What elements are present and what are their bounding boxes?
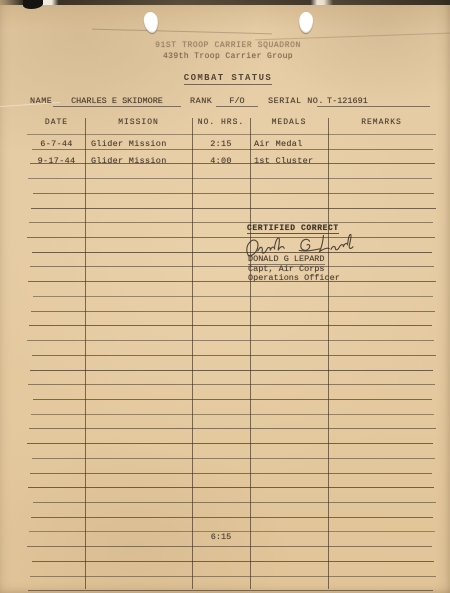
paper-crease [92, 29, 272, 35]
punch-hole-right [298, 12, 313, 34]
table-rule-vertical [250, 118, 251, 589]
row-mission: Glider Mission [91, 139, 167, 149]
table-rule-horizontal [28, 281, 436, 282]
name-label: NAME [30, 96, 52, 106]
table-rule-horizontal [27, 134, 436, 135]
table-rule-horizontal [31, 311, 435, 312]
column-header-mission: MISSION [85, 118, 192, 127]
table-rule-horizontal [33, 399, 432, 400]
torn-top-edge [0, 0, 450, 5]
table-rule-horizontal [30, 473, 432, 474]
rank-label: RANK [190, 96, 212, 106]
row-medals: 1st Cluster [254, 156, 313, 166]
ruled-table [0, 116, 450, 591]
row-mission: Glider Mission [91, 156, 167, 166]
row-date: 6-7-44 [28, 139, 85, 149]
table-rule-horizontal [31, 414, 434, 415]
table-rule-horizontal [30, 576, 436, 577]
table-rule-horizontal [31, 208, 436, 209]
table-rule-horizontal [29, 222, 433, 223]
rank-value: F/O [216, 96, 258, 107]
table-rule-horizontal [30, 370, 433, 371]
officer-title: Operations Officer [248, 273, 340, 283]
column-header-remarks: REMARKS [328, 118, 435, 127]
column-header-hours: NO. HRS. [192, 118, 250, 127]
table-rule-vertical [192, 118, 193, 589]
table-rule-horizontal [32, 561, 434, 562]
row-date: 9-17-44 [28, 156, 85, 166]
group-name: 439th Troop Carrier Group [0, 52, 450, 61]
document-page: 91ST TROOP CARRIER SQUADRON 439th Troop … [0, 0, 450, 593]
table-rule-horizontal [32, 355, 436, 356]
column-header-medals: MEDALS [250, 118, 328, 127]
serial-label: SERIAL NO. [268, 96, 324, 106]
torn-edge-fragment [23, 0, 43, 9]
name-value: CHARLES E SKIDMORE [53, 96, 181, 107]
serial-value: T-121691 [317, 96, 430, 107]
table-rule-horizontal [33, 296, 433, 297]
table-rule-horizontal [27, 237, 435, 238]
column-header-date: DATE [28, 118, 85, 127]
row-hours: 4:00 [192, 156, 250, 166]
table-rule-horizontal [29, 325, 432, 326]
table-rule-horizontal [29, 428, 436, 429]
row-medals: Air Medal [254, 139, 303, 149]
page-title: COMBAT STATUS [0, 73, 450, 83]
table-rule-horizontal [32, 252, 432, 253]
table-rule-vertical [328, 118, 329, 589]
table-rule-horizontal [28, 487, 434, 488]
table-rule-horizontal [30, 266, 434, 267]
table-rule-horizontal [28, 590, 433, 591]
table-rule-horizontal [27, 546, 432, 547]
table-rule-horizontal [31, 517, 433, 518]
table-rule-horizontal [28, 178, 432, 179]
row-hours: 2:15 [192, 139, 250, 149]
table-rule-horizontal [27, 443, 433, 444]
table-rule-horizontal [33, 502, 436, 503]
table-rule-vertical [85, 118, 86, 589]
table-rule-horizontal [28, 384, 435, 385]
total-hours: 6:15 [192, 532, 250, 542]
table-rule-horizontal [32, 458, 435, 459]
squadron-name: 91ST TROOP CARRIER SQUADRON [0, 41, 450, 50]
table-rule-horizontal [27, 340, 434, 341]
table-rule-horizontal [33, 193, 434, 194]
paper-crease [255, 33, 450, 41]
